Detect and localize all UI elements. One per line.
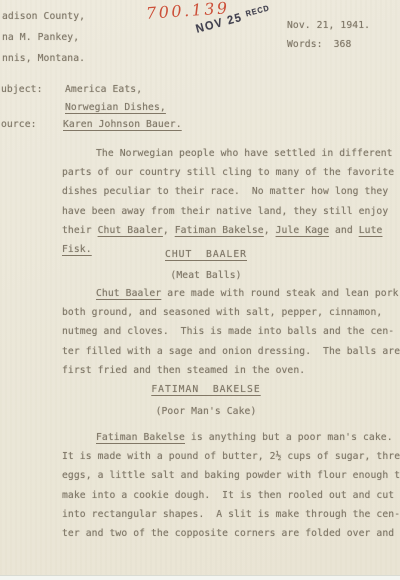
section-heading-fatiman-bakelse: FATIMAN BAKELSE (0, 384, 400, 395)
typed-line: into rectangular shapes. A slit is make … (62, 505, 400, 524)
date-line: Nov. 21, 1941. (287, 20, 370, 31)
typed-line: nnis, Montana. (2, 48, 85, 69)
typed-line: Fatiman Bakelse is anything but a poor m… (62, 428, 400, 447)
typed-line: The Norwegian people who have settled in… (62, 144, 400, 163)
paragraph-intro: The Norwegian people who have settled in… (62, 144, 400, 259)
typed-line: adison County, (2, 6, 85, 27)
typed-line: their Chut Baaler, Fatiman Bakelse, Jule… (62, 221, 400, 240)
document-page: adison County,na M. Pankey,nnis, Montana… (0, 0, 400, 580)
subject-value-1: America Eats, (65, 84, 142, 95)
paragraph-chut-baaler: Chut Baaler are made with round steak an… (62, 284, 400, 380)
typed-line: parts of our country still cling to many… (62, 163, 400, 182)
typed-line: It is made with a pound of butter, 2½ cu… (62, 447, 400, 466)
address-block: adison County,na M. Pankey,nnis, Montana… (2, 6, 85, 69)
typed-line: dishes peculiar to their race. No matter… (62, 182, 400, 201)
stamp-recd-label: RECD (245, 3, 271, 18)
section-subheading-poor-mans-cake: (Poor Man's Cake) (0, 406, 400, 417)
typed-line: first fried and then steamed in the oven… (62, 361, 400, 380)
source-label: ource: (1, 119, 37, 130)
paragraph-fatiman-bakelse: Fatiman Bakelse is anything but a poor m… (62, 428, 400, 543)
typed-line: Chut Baaler are made with round steak an… (62, 284, 400, 303)
source-value: Karen Johnson Bauer. (63, 119, 182, 130)
subject-label: ubject: (1, 84, 43, 95)
typed-line: nutmeg and cloves. This is made into bal… (62, 322, 400, 341)
typed-line: both ground, and seasoned with salt, pep… (62, 303, 400, 322)
typed-line: ter and two of the copposite corners are… (62, 524, 400, 543)
word-count-value: 368 (334, 39, 352, 50)
typed-line: make into a cookie dough. It is then roo… (62, 486, 400, 505)
typed-line: ter filled with a sage and onion dressin… (62, 342, 400, 361)
typed-line: na M. Pankey, (2, 27, 85, 48)
typed-line: eggs, a little salt and baking powder wi… (62, 466, 400, 485)
subject-value-2: Norwegian Dishes, (65, 102, 166, 113)
typed-line: have been away from their native land, t… (62, 202, 400, 221)
section-heading-chut-baaler: CHUT BAALER (0, 249, 400, 260)
section-subheading-meat-balls: (Meat Balls) (0, 270, 400, 281)
scan-bottom-edge (0, 575, 400, 580)
word-count-line: Words:368 (287, 39, 351, 50)
word-count-label: Words: (287, 39, 323, 50)
